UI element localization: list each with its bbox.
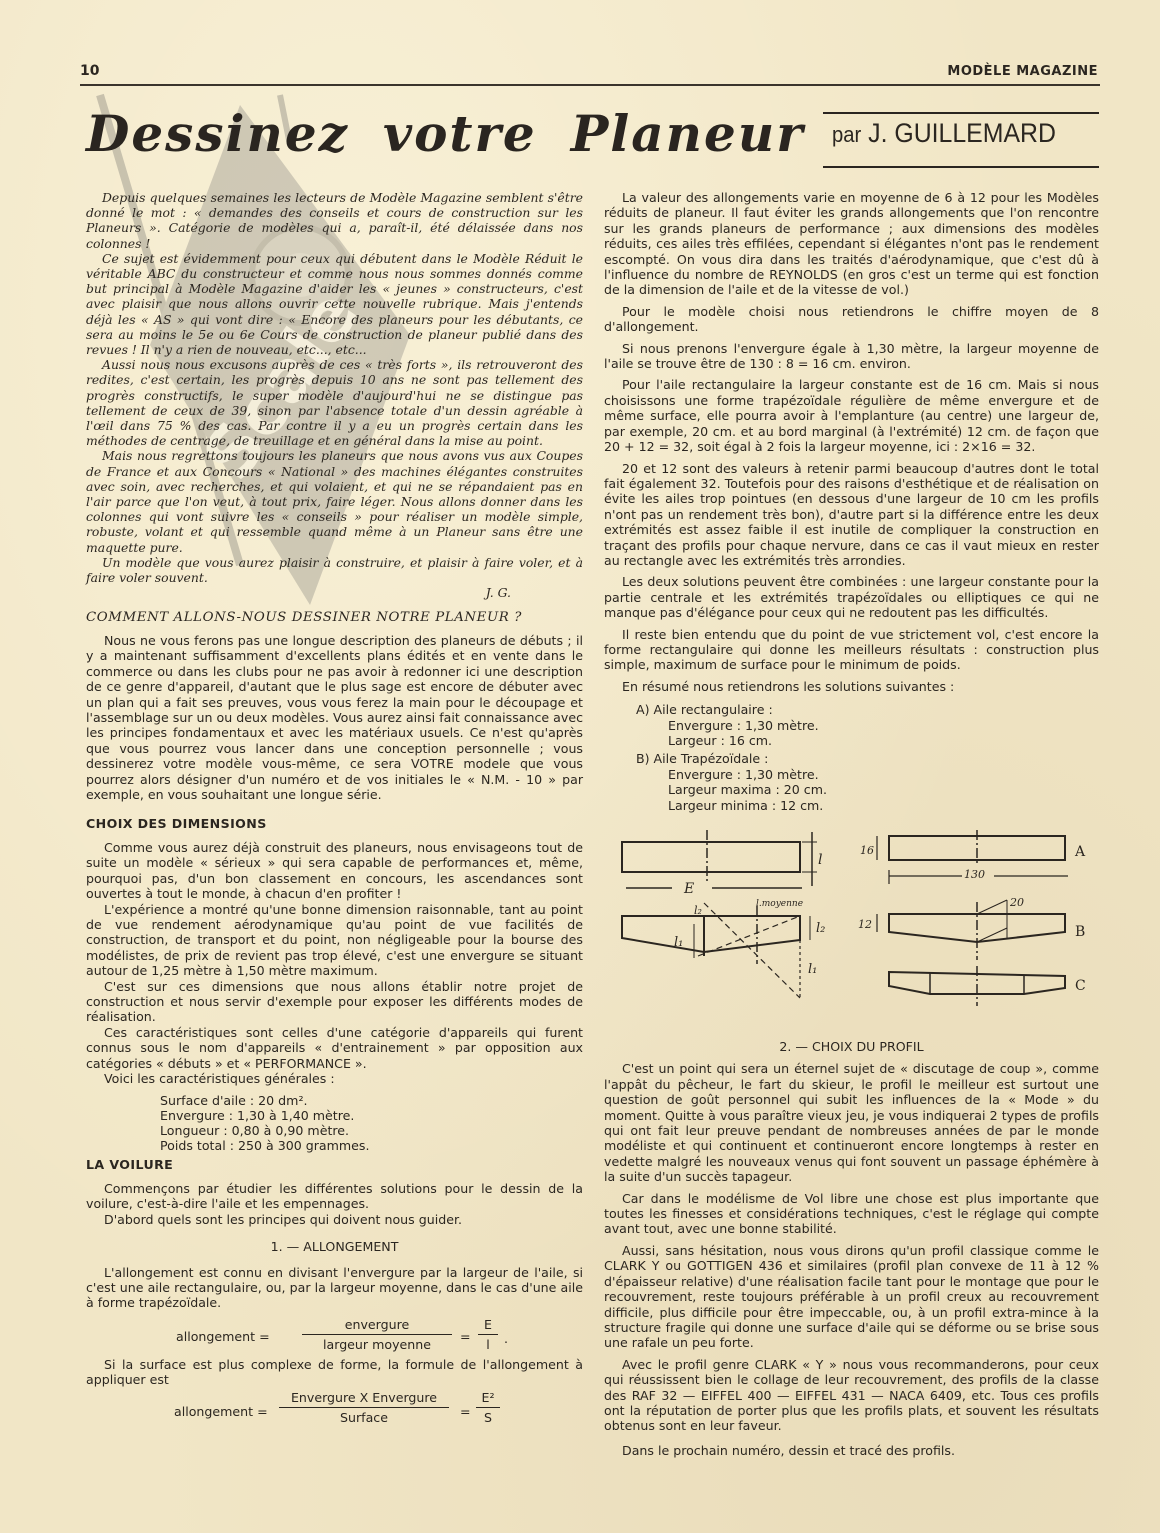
svg-text:A: A [1074,844,1086,860]
section-heading: COMMENT ALLONS-NOUS DESSINER NOTRE PLANE… [86,610,583,625]
numerator: E² [476,1390,500,1405]
formula-lhs: allongement = [176,1329,270,1344]
spec-item: Longueur : 0,80 à 0,90 mètre. [160,1123,583,1138]
wing-diagrams: l E l₁ l₂ l₂ l₁ l.moyenne 16 A 130 12 20… [612,828,1100,1008]
byline-prefix: par [832,122,861,147]
body-paragraph: Pour l'aile rectangulaire la largeur con… [604,377,1099,454]
svg-text:130: 130 [964,868,985,881]
fraction-bar [279,1407,449,1408]
solution-a-label: A) Aile rectangulaire : [604,702,1099,717]
intro-paragraph: Mais nous regrettons toujours les planeu… [86,448,583,554]
spec-item: Envergure : 1,30 à 1,40 mètre. [160,1108,583,1123]
byline: par J. GUILLEMARD [832,118,1056,149]
body-paragraph: C'est un point qui sera un éternel sujet… [604,1061,1099,1184]
body-paragraph: L'allongement est connu en divisant l'en… [86,1265,583,1311]
body-paragraph: Si nous prenons l'envergure égale à 1,30… [604,341,1099,372]
fraction-bar [478,1334,498,1335]
body-paragraph: Si la surface est plus complexe de forme… [86,1357,583,1388]
svg-text:l₁: l₁ [808,962,817,977]
equals-sign: = [460,1404,471,1419]
title-word: Dessinez [86,104,349,163]
body-paragraph: Dans le prochain numéro, dessin et tracé… [604,1443,1099,1458]
body-paragraph: Les deux solutions peuvent être combinée… [604,574,1099,620]
magazine-name: MODÈLE MAGAZINE [947,64,1098,79]
body-paragraph: Ces caractéristiques sont celles d'une c… [86,1025,583,1071]
numerator: Envergure X Envergure [279,1390,449,1405]
fraction-bar [302,1334,452,1335]
fraction: envergure largeur moyenne [302,1317,452,1353]
body-paragraph: Il reste bien entendu que du point de vu… [604,627,1099,673]
intro-paragraph: Ce sujet est évidemment pour ceux qui dé… [86,251,583,357]
subheading: 1. — ALLONGEMENT [86,1239,583,1254]
section-comment-body: Nous ne vous ferons pas une longue descr… [86,633,583,802]
intro-paragraph: Depuis quelques semaines les lecteurs de… [86,190,583,251]
formula-lhs: allongement = [174,1404,268,1419]
spec-list: Surface d'aile : 20 dm². Envergure : 1,3… [86,1093,583,1154]
numerator: envergure [302,1317,452,1332]
denominator: l [478,1337,498,1352]
body-paragraph: Commençons par étudier les différentes s… [86,1181,583,1212]
body-paragraph: Nous ne vous ferons pas une longue descr… [86,633,583,802]
body-paragraph: La valeur des allongements varie en moye… [604,190,1099,298]
article-title: DessinezvotrePlaneur [86,104,805,163]
right-column-top: La valeur des allongements varie en moye… [604,190,1099,813]
body-paragraph: En résumé nous retiendrons les solutions… [604,679,1099,694]
fraction: Envergure X Envergure Surface [279,1390,449,1426]
formula-allongement-2: allongement = Envergure X Envergure Surf… [86,1390,583,1430]
body-paragraph: 20 et 12 sont des valeurs à retenir parm… [604,461,1099,569]
intro-block: Depuis quelques semaines les lecteurs de… [86,190,583,600]
svg-text:C: C [1075,978,1086,994]
subheading: 2. — CHOIX DU PROFIL [604,1039,1099,1054]
body-paragraph: Voici les caractéristiques générales : [86,1071,583,1086]
spec-item: Poids total : 250 à 300 grammes. [160,1138,583,1153]
body-paragraph: D'abord quels sont les principes qui doi… [86,1212,583,1227]
title-word: Planeur [571,104,805,163]
body-paragraph: L'expérience a montré qu'une bonne dimen… [86,902,583,979]
page-number: 10 [80,63,99,79]
body-paragraph: Pour le modèle choisi nous retiendrons l… [604,304,1099,335]
body-paragraph: Comme vous aurez déjà construit des plan… [86,840,583,902]
equals-sign: = [460,1329,471,1344]
fraction: E² S [476,1390,500,1426]
denominator: largeur moyenne [302,1337,452,1352]
svg-text:B: B [1075,924,1085,940]
header-rule [80,84,1100,86]
body-paragraph: Car dans le modélisme de Vol libre une c… [604,1191,1099,1237]
svg-text:12: 12 [858,918,872,931]
svg-text:l.moyenne: l.moyenne [756,899,803,909]
section-heading: CHOIX DES DIMENSIONS [86,816,583,831]
intro-paragraph: Un modèle que vous aurez plaisir à const… [86,555,583,585]
section-heading: LA VOILURE [86,1157,583,1172]
svg-text:l₂: l₂ [694,904,702,917]
svg-text:l: l [818,852,822,868]
body-paragraph: Aussi, sans hésitation, nous vous dirons… [604,1243,1099,1351]
solution-b-item: Largeur maxima : 20 cm. [604,782,1099,797]
fraction-bar [476,1407,500,1408]
body-paragraph: C'est sur ces dimensions que nous allons… [86,979,583,1025]
solution-b-item: Envergure : 1,30 mètre. [604,767,1099,782]
denominator: Surface [279,1410,449,1425]
svg-text:l₂: l₂ [816,921,825,936]
svg-text:E: E [683,881,694,897]
svg-text:20: 20 [1009,896,1024,909]
formula-period: . [504,1331,508,1346]
solution-b-item: Largeur minima : 12 cm. [604,798,1099,813]
svg-text:l₁: l₁ [674,935,683,950]
section-voilure-body: Commençons par étudier les différentes s… [86,1181,583,1430]
body-paragraph: Avec le profil genre CLARK « Y » nous vo… [604,1357,1099,1434]
solution-a-item: Largeur : 16 cm. [604,733,1099,748]
svg-text:16: 16 [860,844,874,857]
spec-item: Surface d'aile : 20 dm². [160,1093,583,1108]
intro-paragraph: Aussi nous nous excusons auprès de ces «… [86,357,583,448]
section-dimensions-body: Comme vous aurez déjà construit des plan… [86,840,583,1153]
byline-author: J. GUILLEMARD [868,118,1056,148]
signature: J. G. [86,585,583,600]
fraction: E l [478,1317,498,1353]
solution-a-item: Envergure : 1,30 mètre. [604,718,1099,733]
solution-b-label: B) Aile Trapézoïdale : [604,751,1099,766]
denominator: S [476,1410,500,1425]
right-column-bottom: 2. — CHOIX DU PROFIL C'est un point qui … [604,1039,1099,1458]
formula-allongement-1: allongement = envergure largeur moyenne … [86,1317,583,1357]
numerator: E [478,1317,498,1332]
title-word: votre [383,104,537,163]
